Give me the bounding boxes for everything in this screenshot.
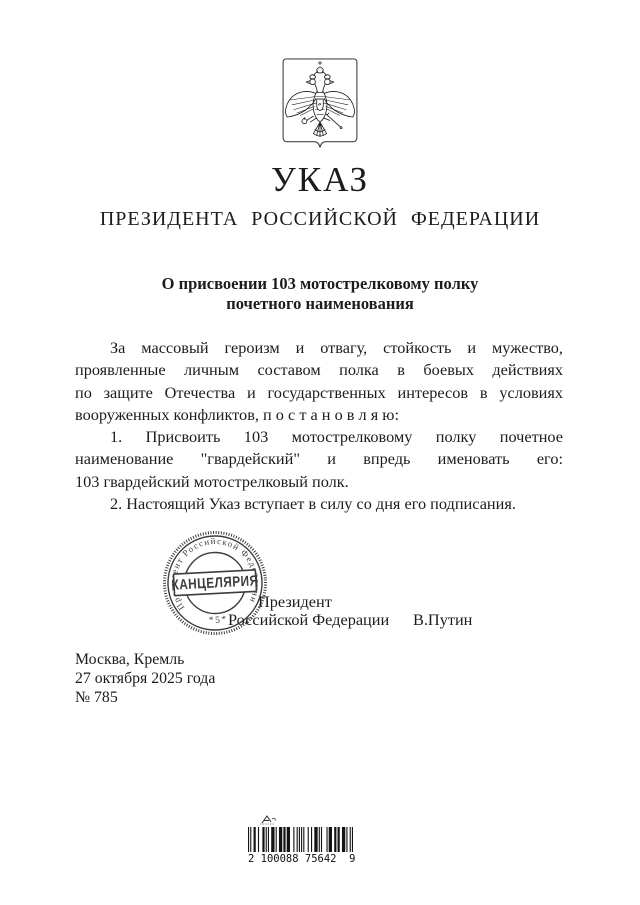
decree-body: За массовый героизм и отвагу, стойкость … xyxy=(75,337,563,515)
barcode-top-mark xyxy=(258,814,284,825)
body-line: 2. Настоящий Указ вступает в силу со дня… xyxy=(75,493,563,515)
barcode-bars xyxy=(248,827,353,852)
decree-subject-line2: почетного наименования xyxy=(0,294,640,314)
body-line: наименование "гвардейский" и впредь имен… xyxy=(75,448,563,470)
svg-text:* 5 *: * 5 * xyxy=(207,614,228,626)
signature-name: В.Путин xyxy=(413,611,472,629)
document-subtitle: ПРЕЗИДЕНТА РОССИЙСКОЙ ФЕДЕРАЦИИ xyxy=(0,206,640,232)
decree-subject-heading: О присвоении 103 мотострелковому полку п… xyxy=(0,274,640,313)
decree-number: № 785 xyxy=(75,689,215,708)
body-line: За массовый героизм и отвагу, стойкость … xyxy=(75,337,563,359)
decree-document-page: УКАЗ ПРЕЗИДЕНТА РОССИЙСКОЙ ФЕДЕРАЦИИ О п… xyxy=(0,0,640,905)
body-line: 103 гвардейский мотострелковый полк. xyxy=(75,471,563,493)
body-line: по защите Отечества и государственных ин… xyxy=(75,382,563,404)
issuance-date: 27 октября 2025 года xyxy=(75,670,215,689)
issuance-place: Москва, Кремль xyxy=(75,651,215,670)
body-line: вооруженных конфликтов, п о с т а н о в … xyxy=(75,404,563,426)
body-line: проявленные личным составом полка в боев… xyxy=(75,359,563,381)
document-title: УКАЗ xyxy=(0,162,640,198)
barcode: 2 100088 75642 9 xyxy=(246,814,356,870)
chancellery-stamp: Президент Российской Федерации * 5 * КАН… xyxy=(155,523,275,643)
decree-subject-line1: О присвоении 103 мотострелковому полку xyxy=(0,274,640,294)
russia-coat-of-arms-icon xyxy=(279,56,361,152)
barcode-digits: 2 100088 75642 9 xyxy=(248,853,353,865)
stamp-bottom-text: * 5 * xyxy=(207,614,228,626)
body-line: 1. Присвоить 103 мотострелковому полку п… xyxy=(75,426,563,448)
issuance-block: Москва, Кремль 27 октября 2025 года № 78… xyxy=(75,651,215,707)
